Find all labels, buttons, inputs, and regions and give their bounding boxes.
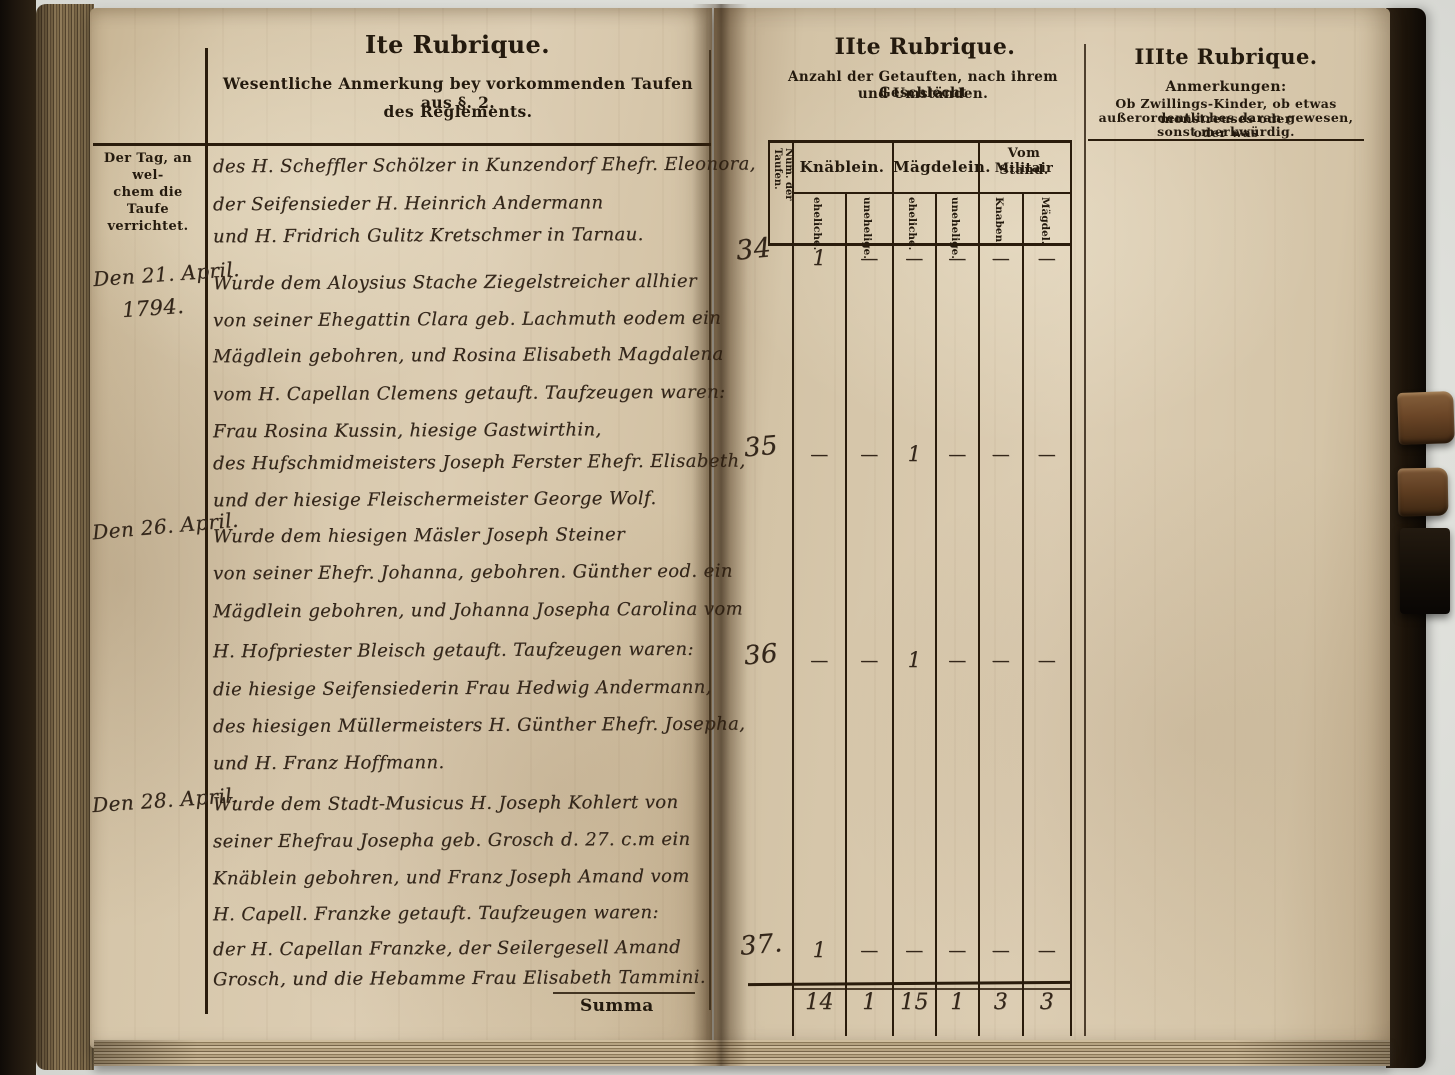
tally-cell: —	[1024, 248, 1070, 269]
tally-cell: —	[847, 444, 892, 465]
tally-cell: —	[980, 248, 1022, 269]
subheader-eheliche-1: eheliche.	[811, 197, 823, 242]
entry-date-year-1794: 1794.	[121, 294, 185, 322]
row-number: 34	[734, 232, 772, 267]
rubrique3-heading: Anmerkungen:	[1088, 79, 1364, 95]
row-number: 37.	[739, 928, 784, 962]
register-entry-line: Knäblein gebohren, und Franz Joseph Aman…	[213, 866, 713, 890]
tally-cell: 1	[894, 648, 935, 672]
tally-cell: —	[894, 248, 935, 269]
date-column-header-line3: verrichtet.	[94, 219, 202, 236]
table-vertical-rule	[935, 192, 937, 1036]
rubrique3-underline	[1088, 139, 1364, 141]
tally-cell: —	[847, 248, 892, 269]
register-entry-line: des H. Scheffler Schölzer in Kunzendorf …	[213, 154, 713, 178]
register-entry-line: Grosch, und die Hebamme Frau Elisabeth T…	[213, 967, 713, 991]
date-column-header-line1: Der Tag, an wel-	[94, 151, 202, 185]
subheader-eheliche-2: eheliche.	[906, 197, 918, 242]
rubrique1-subtitle-line2: des Reglements.	[208, 102, 708, 121]
num-column-left-rule	[768, 140, 770, 245]
summa-total: 14	[794, 990, 845, 1015]
tally-cell: —	[1024, 650, 1070, 671]
rubrique2-title: IIte Rubrique.	[770, 34, 1080, 60]
row-number: 36	[743, 639, 779, 672]
register-entry-line: von seiner Ehegattin Clara geb. Lachmuth…	[213, 308, 713, 332]
register-entry-line: Mägdlein gebohren, und Johanna Josepha C…	[213, 599, 713, 623]
rubrique2-subtitle-line2: und Umständen.	[762, 86, 1084, 102]
table-vertical-rule	[1022, 192, 1024, 1036]
tally-cell: 1	[894, 442, 935, 466]
rubrique1-title: Ite Rubrique.	[205, 30, 710, 59]
register-entry-line: und H. Fridrich Gulitz Kretschmer in Tar…	[213, 224, 713, 248]
tally-cell: —	[937, 444, 978, 465]
subheader-unehelige-1: unehelige.	[861, 197, 873, 242]
register-entry-line: der H. Capellan Franzke, der Seilergesel…	[213, 937, 713, 961]
tally-cell: —	[937, 248, 978, 269]
header-rule	[93, 143, 711, 146]
tally-cell: —	[937, 940, 978, 961]
register-entry-line: Wurde dem Stadt-Musicus H. Joseph Kohler…	[213, 792, 713, 816]
subheader-unehelige-2: unehelige.	[949, 197, 961, 242]
metal-clasp-top	[1397, 391, 1455, 445]
table-vertical-rule	[892, 140, 894, 1036]
summa-total: 3	[980, 990, 1022, 1015]
summa-total: 15	[894, 990, 935, 1015]
table-top-rule	[768, 140, 1072, 143]
register-entry-line: seiner Ehefrau Josepha geb. Grosch d. 27…	[213, 829, 713, 853]
register-entry-line: des hiesigen Müllermeisters H. Günther E…	[213, 714, 713, 738]
register-entry-line: Frau Rosina Kussin, hiesige Gastwirthin,	[213, 419, 713, 443]
tally-cell: —	[894, 940, 935, 961]
rubrique-column-divider	[1084, 44, 1086, 1036]
group-header-maegdelein: Mägdelein.	[893, 158, 977, 176]
summa-label: Summa	[580, 996, 654, 1016]
tally-cell: —	[980, 444, 1022, 465]
subheader-maegdel: Mägdel.	[1039, 197, 1051, 242]
summa-total: 1	[847, 990, 892, 1015]
table-vertical-rule	[845, 192, 847, 1036]
date-column-header-line2: chem die Taufe	[94, 185, 202, 219]
num-column-label: Num. der Taufen.	[772, 148, 794, 240]
photo-of-open-baptism-register: Ite Rubrique. Wesentliche Anmerkung bey …	[0, 0, 1455, 1075]
left-page-edges	[36, 4, 94, 1070]
group-header-knaeblein: Knäblein.	[794, 158, 890, 176]
table-group-rule	[792, 192, 1072, 194]
tally-cell: —	[980, 650, 1022, 671]
tally-cell: —	[1024, 940, 1070, 961]
subheader-knaben: Knaben.	[993, 197, 1005, 242]
bottom-page-edges	[94, 1040, 1390, 1066]
tally-cell: —	[847, 940, 892, 961]
summa-total: 1	[937, 990, 978, 1015]
tally-cell: —	[980, 940, 1022, 961]
register-entry-line: die hiesige Seifensiederin Frau Hedwig A…	[213, 677, 713, 701]
register-entry-line: von seiner Ehefr. Johanna, gebohren. Gün…	[213, 561, 713, 585]
register-entry-line: Wurde dem Aloysius Stache Ziegelstreiche…	[213, 271, 713, 295]
tally-cell: —	[1024, 444, 1070, 465]
register-entry-line: Wurde dem hiesigen Mäsler Joseph Steiner	[213, 524, 713, 548]
register-entry-line: H. Hofpriester Bleisch getauft. Taufzeug…	[213, 639, 713, 663]
table-vertical-rule	[1070, 140, 1072, 1036]
rubrique3-line3: sonst merkwürdig.	[1082, 124, 1370, 139]
register-entry-line: vom H. Capellan Clemens getauft. Taufzeu…	[213, 382, 713, 406]
group-header-militair-line2: Stand.	[979, 163, 1069, 178]
register-entry-line: und H. Franz Hoffmann.	[213, 751, 713, 775]
table-vertical-rule	[978, 140, 980, 1036]
signature-underline	[553, 992, 695, 994]
tally-cell: —	[847, 650, 892, 671]
register-entry-line: der Seifensieder H. Heinrich Andermann	[213, 192, 713, 216]
tally-cell: 1	[794, 246, 845, 270]
row-number: 35	[743, 431, 779, 464]
register-entry-line: des Hufschmidmeisters Joseph Ferster Ehe…	[213, 451, 713, 475]
register-entry-line: H. Capell. Franzke getauft. Taufzeugen w…	[213, 902, 713, 926]
book-spine	[0, 0, 36, 1075]
register-entry-line: Mägdlein gebohren, und Rosina Elisabeth …	[213, 344, 713, 368]
leather-strap	[1400, 528, 1450, 614]
tally-cell: 1	[794, 938, 845, 962]
register-entry-line: und der hiesige Fleischermeister George …	[213, 488, 713, 512]
rubrique3-title: IIIte Rubrique.	[1090, 44, 1362, 69]
metal-clasp-bottom	[1398, 468, 1449, 517]
tally-cell: —	[794, 444, 845, 465]
tally-cell: —	[794, 650, 845, 671]
summa-total: 3	[1024, 990, 1070, 1015]
table-vertical-rule	[792, 140, 794, 1036]
tally-cell: —	[937, 650, 978, 671]
